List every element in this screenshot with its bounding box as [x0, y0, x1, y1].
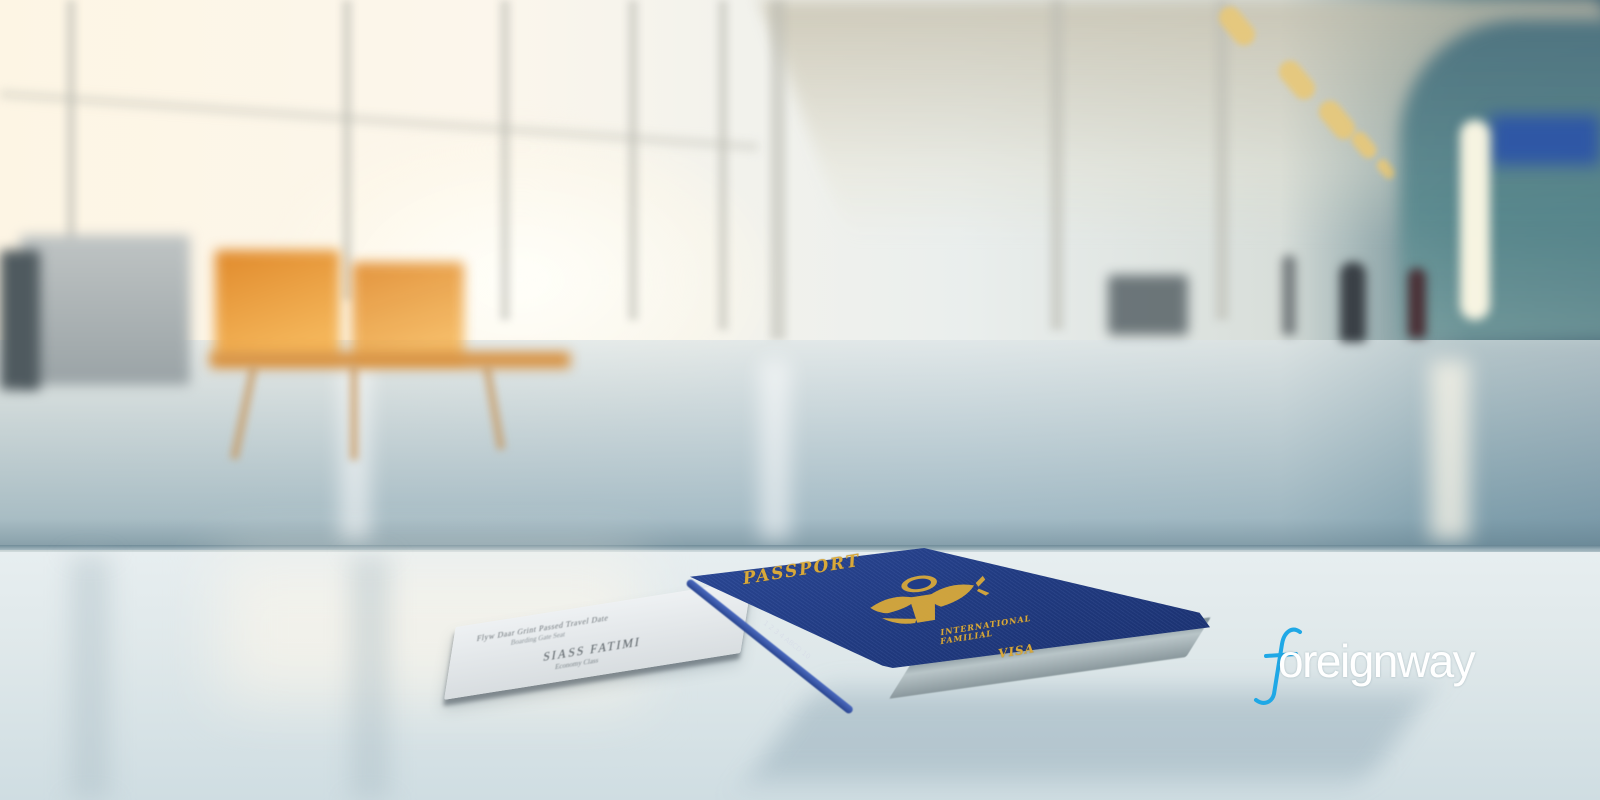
window-mullion: [342, 0, 352, 300]
gate-doorway: [1400, 20, 1600, 340]
window-mullion: [1050, 0, 1064, 330]
bench-leg: [350, 365, 358, 460]
table-reflection: [350, 556, 390, 800]
waiting-seat: [352, 262, 464, 362]
waiting-seat: [215, 250, 340, 360]
gate-sign: [1490, 115, 1600, 165]
window-mullion: [500, 0, 510, 320]
gate-light: [1460, 120, 1490, 320]
traveler-silhouette: [1282, 255, 1296, 335]
window-mullion: [628, 0, 638, 320]
floor-reflection: [760, 360, 790, 540]
window-mullion: [1215, 0, 1229, 320]
passport: 1 2 3 4 ABCD 10 PASSPORT INTERNATIONAL F…: [690, 548, 1210, 738]
window-mullion: [770, 0, 786, 340]
waiting-seat: [20, 235, 190, 385]
bench-rail: [210, 352, 570, 368]
window-mullion: [718, 0, 728, 330]
airport-scene: Flyw Daar Grint Passed Travel Date Board…: [0, 0, 1600, 800]
traveler-silhouette: [1408, 268, 1426, 338]
floor-reflection: [1430, 360, 1470, 540]
logo-wordmark: oreignway: [1278, 634, 1474, 688]
traveler-silhouette: [1340, 262, 1366, 342]
waiting-seat: [1108, 275, 1188, 335]
waiting-seat: [0, 250, 40, 390]
table-reflection: [70, 556, 110, 800]
